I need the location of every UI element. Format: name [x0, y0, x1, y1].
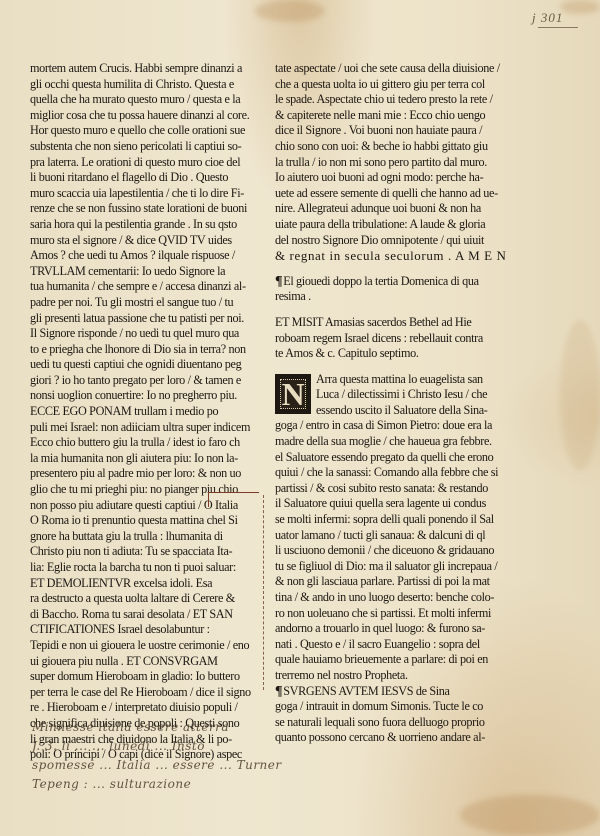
spacer: [275, 305, 507, 315]
text-line: li usciuono demonii / che diceuono & gri…: [275, 543, 507, 559]
text-line: gnore ha buttata giu la trulla : lhumani…: [30, 529, 262, 545]
text-line: Hor questo muro e quello che colle orati…: [30, 123, 262, 139]
text-line: quella che ha murato questo muro / quest…: [30, 92, 262, 108]
text-line: to e priegha che lhonore di Dio sia in t…: [30, 342, 262, 358]
lemma-line: ET MISIT Amasias sacerdos Bethel ad Hie: [275, 315, 507, 331]
text-line: partissi / & cosi subito resto sanata: &…: [275, 481, 507, 497]
text-line: Luca / dilectissimi i Christo Iesu / che: [316, 387, 488, 403]
initial-paragraph: N Arra questa mattina lo euagelista san …: [275, 372, 507, 419]
text-line: Arra questa mattina lo euagelista san: [316, 372, 488, 388]
text-line: re . Hieroboam e / interpretato diuisio …: [30, 700, 262, 716]
spacer: [275, 264, 507, 274]
text-line: dice il Signore . Voi buoni non hauiate …: [275, 123, 507, 139]
rubric-text: El giouedi doppo la tertia Domenica di q…: [283, 274, 478, 288]
text-line: CTIFICATIONES Israel desolabuntur :: [30, 622, 262, 638]
text-line: & non gli lasciaua parlare. Partissi di …: [275, 574, 507, 590]
pilcrow-icon: ¶: [275, 684, 282, 699]
text-line: nati . Questo e / il sacro Euangelio : s…: [275, 637, 507, 653]
text-line: muro scaccia uia lapestilentia / che ti …: [30, 186, 262, 202]
text-line: ECCE EGO PONAM trullam i medio po: [30, 404, 262, 420]
folio-underline: [538, 27, 578, 28]
text-line: mortem autem Crucis. Habbi sempre dinanz…: [30, 61, 262, 77]
text-line: tina / & ando in uno luogo deserto: benc…: [275, 590, 507, 606]
ink-bracket-mark: [208, 492, 259, 507]
text-line: tua humanita / che sempre e / accesa din…: [30, 279, 262, 295]
text-line: Io aiutero uoi buoni ad ogni modo: perch…: [275, 170, 507, 186]
text-line: li buoni ritardano el flagello di Dio . …: [30, 170, 262, 186]
text-line: goga / intrauit in domum Simonis. Tucte …: [275, 699, 507, 715]
text-line: super domum Hieroboam in gladio: Io butt…: [30, 669, 262, 685]
text-line: puli mei Israel: non adiiciam ultra supe…: [30, 420, 262, 436]
text-line: uator lamano / tucti gli sanaua: & dalcu…: [275, 528, 507, 544]
text-line: quiui / che la sanassi: Comando alla feb…: [275, 465, 507, 481]
text-line: essendo uscito il Saluatore della Sina-: [316, 403, 488, 419]
text-line: se molti infermi: sopra delli quali pone…: [275, 512, 507, 528]
text-line: presentero piu al padre mio per loro: & …: [30, 466, 262, 482]
text-line: quanto possono cercano & uorrieno andare…: [275, 730, 507, 746]
rubric-line: ¶El giouedi doppo la tertia Domenica di …: [275, 274, 507, 290]
text-line: tate aspectate / uoi che sete causa dell…: [275, 61, 507, 77]
lemma-line: roboam regem Israel dicens : rebellauit …: [275, 331, 507, 347]
text-line: nonsi uoglion conuertire: Io no pregherr…: [30, 388, 262, 404]
handwritten-annotation: Minnesse italia essere atterra J. 3. li …: [32, 718, 292, 794]
lemma-line: te Amos & c. Capitulo septimo.: [275, 346, 507, 362]
text-line: renze che se non fussino state lorationi…: [30, 201, 262, 217]
text-line: trerremo nel nostro Propheta.: [275, 668, 507, 684]
text-line: goga / entro in casa di Simon Pietro: do…: [275, 418, 507, 434]
text-line: lia: Eglie rocta la barcha tu non ti puo…: [30, 560, 262, 576]
section-heading: SVRGENS AVTEM IESVS de Sina: [283, 684, 449, 698]
text-line: uiate paura della tribulatione: A laude …: [275, 217, 507, 233]
text-line: gli presenti latua passione che tu patis…: [30, 311, 262, 327]
text-line: madre della sua moglie / che haueua gra …: [275, 434, 507, 450]
text-line: ro non uoleuano che si partissi. Et molt…: [275, 606, 507, 622]
text-line: chio sono con uoi: & beche io habbi gitt…: [275, 139, 507, 155]
text-line: miglior cosa che tu possa hauere dinanzi…: [30, 108, 262, 124]
text-line: uedi tu questi captiui che ognidi diuent…: [30, 357, 262, 373]
text-line: padre per noi. Tu gli mostri el sangue t…: [30, 295, 262, 311]
text-line: saria hora qui la pestilentia grande . I…: [30, 217, 262, 233]
text-line: & capiterete nelle mani mie : Ecco chio …: [275, 108, 507, 124]
text-line: muro sta el signore / & dice QVID TV uid…: [30, 233, 262, 249]
ink-margin-rule: [263, 495, 264, 690]
text-line: se naturali lequali sono fuora delluogo …: [275, 715, 507, 731]
text-line: Ecco chio buttero giu la trulla / idest …: [30, 435, 262, 451]
text-line: gli occhi questa humilita di Christo. Qu…: [30, 77, 262, 93]
text-line: di Baccho. Roma tu sarai desolata / ET S…: [30, 607, 262, 623]
pilcrow-icon: ¶: [275, 274, 282, 289]
text-line: andorno a trouarlo in quel luogo: & furo…: [275, 621, 507, 637]
text-line: tu se figliuol di Dio: ma il saluator gl…: [275, 559, 507, 575]
handwritten-line: spomesse ... Italia ... essere ... Turne…: [32, 756, 292, 775]
handwritten-line: J. 3. li ... ... lunedi ... Insto: [32, 737, 292, 756]
text-line: il Saluatore quiui quella sera lagente u…: [275, 496, 507, 512]
text-line: giori ? io ho tanto pregato per loro / &…: [30, 373, 262, 389]
spacer: [275, 362, 507, 372]
text-line: Christo piu non ti adiuta: Tu se spaccia…: [30, 544, 262, 560]
left-column: mortem autem Crucis. Habbi sempre dinanz…: [30, 61, 262, 763]
text-line: uete ad essere semente di quelli che han…: [275, 186, 507, 202]
text-line: le spade. Aspectate chio ui tedero prest…: [275, 92, 507, 108]
text-line: nire. Allegrateui adunque uoi buoni & no…: [275, 201, 507, 217]
text-line: Tepidi e non ui giouera le uostre cerimo…: [30, 638, 262, 654]
text-line: quale hauiamo brieuemente a parlare: di …: [275, 652, 507, 668]
text-line: del nostro Signore Dio omnipotente / qui…: [275, 233, 507, 249]
text-line: pra laterra. Le orationi di questo muro …: [30, 155, 262, 171]
text-line-amen: & regnat in secula seculorum . A M E N: [275, 248, 507, 264]
text-line: ET DEMOLIENTVR excelsa idoli. Esa: [30, 576, 262, 592]
handwritten-line: Tepeng : ... sulturazione: [32, 775, 292, 794]
decorated-initial: N: [275, 374, 311, 414]
text-line: che a questa uolta io ui gittero giu per…: [275, 77, 507, 93]
text-line: la trulla / io non mi sono pero partito …: [275, 155, 507, 171]
text-line: la mia humanita non gli aiutera piu: Io …: [30, 451, 262, 467]
right-column: tate aspectate / uoi che sete causa dell…: [275, 61, 507, 746]
text-line: O Roma io ti prenuntio questa mattina ch…: [30, 513, 262, 529]
initial-letter: N: [280, 379, 306, 409]
text-line: ¶SVRGENS AVTEM IESVS de Sina: [275, 684, 507, 700]
text-line: per terra le case del Re Hieroboam / dic…: [30, 685, 262, 701]
text-line: ui giouera piu nulla . ET CONSVRGAM: [30, 654, 262, 670]
rubric-line: resima .: [275, 289, 507, 305]
handwritten-line: Minnesse italia essere atterra: [32, 718, 292, 737]
folio-number: j 301: [532, 10, 563, 26]
initial-lines: Arra questa mattina lo euagelista san Lu…: [316, 372, 488, 419]
text-line: ra destructo a questa uolta laltare di C…: [30, 591, 262, 607]
text-line: Il Signore risponde / no uedi tu quel mu…: [30, 326, 262, 342]
text-line: TRVLLAM cementarii: Io uedo Signore la: [30, 264, 262, 280]
text-line: Amos ? che uedi tu Amos ? ilquale rispuo…: [30, 248, 262, 264]
text-line: substenta che non sieno pericolati li ca…: [30, 139, 262, 155]
text-line: el Saluatore essendo pregato da quelli c…: [275, 450, 507, 466]
